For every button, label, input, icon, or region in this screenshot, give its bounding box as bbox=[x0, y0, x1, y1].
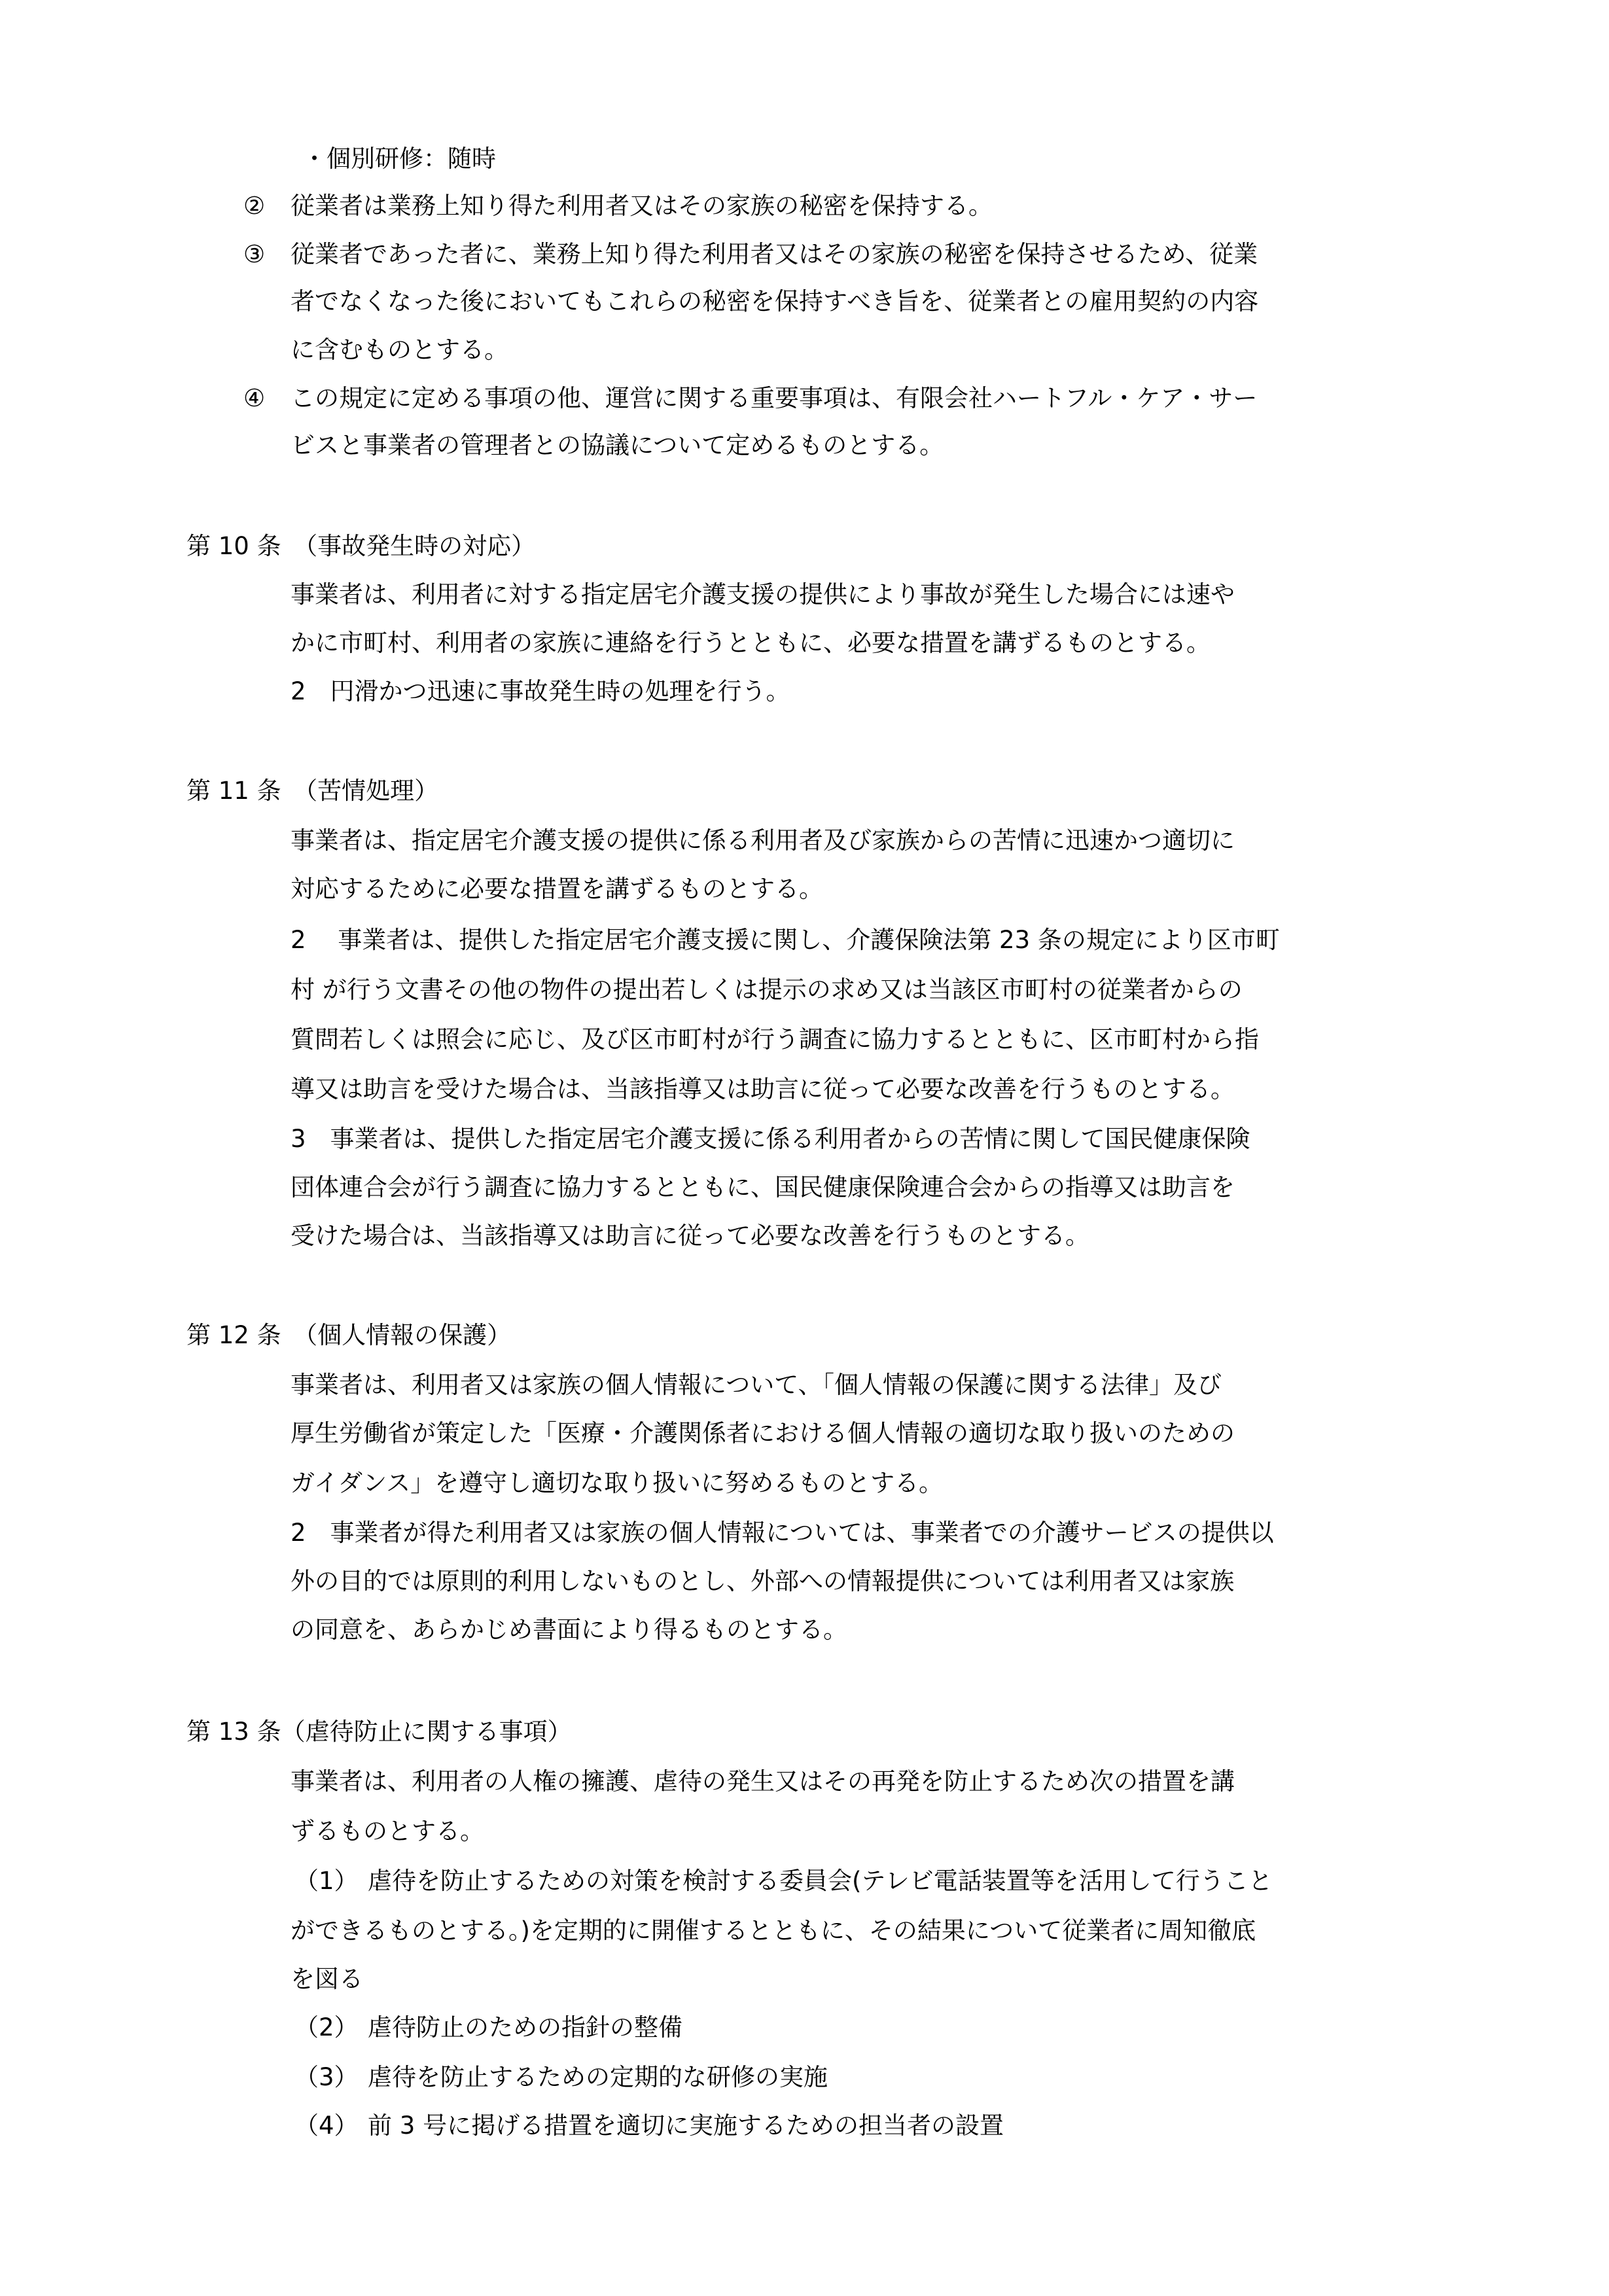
article-12-line-5: 外の目的では原則的利用しないものとし、外部への情報提供については利用者又は家族 bbox=[291, 1566, 1234, 1597]
item-4: ④この規定に定める事項の他、運営に関する重要事項は、有限会社ハートフル・ケア・サ… bbox=[243, 383, 1257, 414]
article-10-line-1: 事業者は、利用者に対する指定居宅介護支援の提供により事故が発生した場合には速や bbox=[291, 580, 1235, 610]
article-11-line-1: 事業者は、指定居宅介護支援の提供に係る利用者及び家族からの苦情に迅速かつ適切に bbox=[291, 826, 1235, 856]
article-12-heading: 第 12 条 （個人情報の保護） bbox=[186, 1320, 511, 1351]
article-11-line-6: 導又は助言を受けた場合は、当該指導又は助言に従って必要な改善を行うものとする。 bbox=[291, 1074, 1235, 1104]
article-11-line-2: 対応するために必要な措置を講ずるものとする。 bbox=[291, 874, 823, 904]
article-12-line-4: 2 事業者が得た利用者又は家族の個人情報については、事業者での介護サービスの提供… bbox=[291, 1518, 1274, 1548]
measure-1-line-2: ができるものとする。)を定期的に開催するとともに、その結果について従業者に周知徹… bbox=[291, 1916, 1256, 1946]
item-text: この規定に定める事項の他、運営に関する重要事項は、有限会社ハートフル・ケア・サー bbox=[291, 384, 1257, 412]
measure-text: 虐待を防止するための対策を検討する委員会(テレビ電話装置等を活用して行うこと bbox=[368, 1867, 1273, 1895]
article-13-heading: 第 13 条（虐待防止に関する事項） bbox=[186, 1717, 572, 1747]
article-12-line-2: 厚生労働省が策定した「医療・介護関係者における個人情報の適切な取り扱いのための bbox=[291, 1419, 1235, 1449]
article-10-line-3: 2 円滑かつ迅速に事故発生時の処理を行う。 bbox=[291, 677, 790, 707]
measure-marker: （1） bbox=[294, 1866, 368, 1896]
item-text: 従業者は業務上知り得た利用者又はその家族の秘密を保持する。 bbox=[291, 192, 993, 220]
measure-marker: （3） bbox=[294, 2062, 368, 2093]
document-page: ・個別研修：随時 ②従業者は業務上知り得た利用者又はその家族の秘密を保持する。 … bbox=[0, 0, 1609, 2296]
article-11-line-9: 受けた場合は、当該指導又は助言に従って必要な改善を行うものとする。 bbox=[291, 1221, 1089, 1251]
measure-text: 前 3 号に掲げる措置を適切に実施するための担当者の設置 bbox=[368, 2111, 1004, 2140]
measure-3: （3）虐待を防止するための定期的な研修の実施 bbox=[294, 2062, 828, 2093]
item-3: ③従業者であった者に、業務上知り得た利用者又はその家族の秘密を保持させるため、従… bbox=[243, 239, 1258, 270]
item-2: ②従業者は業務上知り得た利用者又はその家族の秘密を保持する。 bbox=[243, 191, 993, 221]
item-marker: ④ bbox=[243, 383, 291, 414]
item-4-line-2: ビスと事業者の管理者との協議について定めるものとする。 bbox=[291, 431, 944, 461]
item-marker: ③ bbox=[243, 239, 291, 270]
item-3-line-3: に含むものとする。 bbox=[291, 335, 508, 365]
measure-4: （4）前 3 号に掲げる措置を適切に実施するための担当者の設置 bbox=[294, 2111, 1004, 2141]
article-12-line-6: の同意を、あらかじめ書面により得るものとする。 bbox=[291, 1615, 847, 1645]
article-11-line-4: 村 が行う文書その他の物件の提出若しくは提示の求め又は当該区市町村の従業者からの bbox=[291, 975, 1243, 1005]
article-11-line-7: 3 事業者は、提供した指定居宅介護支援に係る利用者からの苦情に関して国民健康保険 bbox=[291, 1124, 1250, 1154]
measure-1: （1）虐待を防止するための対策を検討する委員会(テレビ電話装置等を活用して行うこ… bbox=[294, 1866, 1273, 1896]
measure-marker: （4） bbox=[294, 2111, 368, 2141]
article-10-line-2: かに市町村、利用者の家族に連絡を行うとともに、必要な措置を講ずるものとする。 bbox=[291, 628, 1211, 658]
article-11-line-5: 質問若しくは照会に応じ、及び区市町村が行う調査に協力するとともに、区市町村から指 bbox=[291, 1025, 1259, 1055]
measure-marker: （2） bbox=[294, 2013, 368, 2043]
article-11-heading: 第 11 条 （苦情処理） bbox=[186, 776, 438, 806]
article-11-line-3: 2 事業者は、提供した指定居宅介護支援に関し、介護保険法第 23 条の規定により… bbox=[291, 925, 1280, 955]
article-11-line-8: 団体連合会が行う調査に協力するとともに、国民健康保険連合会からの指導又は助言を bbox=[291, 1173, 1235, 1203]
measure-text: 虐待防止のための指針の整備 bbox=[368, 2013, 682, 2041]
item-text: 従業者であった者に、業務上知り得た利用者又はその家族の秘密を保持させるため、従業 bbox=[291, 240, 1258, 268]
item-3-line-2: 者でなくなった後においてもこれらの秘密を保持すべき旨を、従業者との雇用契約の内容 bbox=[291, 287, 1258, 317]
item-marker: ② bbox=[243, 191, 291, 221]
measure-1-line-3: を図る bbox=[291, 1964, 363, 1994]
article-13-line-2: ずるものとする。 bbox=[291, 1816, 484, 1846]
bullet-individual-training: ・個別研修：随時 bbox=[302, 144, 496, 174]
article-10-heading: 第 10 条 （事故発生時の対応） bbox=[186, 531, 535, 561]
measure-text: 虐待を防止するための定期的な研修の実施 bbox=[368, 2063, 828, 2091]
measure-2: （2）虐待防止のための指針の整備 bbox=[294, 2013, 682, 2043]
article-12-line-3: ガイダンス」を遵守し適切な取り扱いに努めるものとする。 bbox=[291, 1468, 943, 1498]
article-13-line-1: 事業者は、利用者の人権の擁護、虐待の発生又はその再発を防止するため次の措置を講 bbox=[291, 1767, 1235, 1797]
article-12-line-1: 事業者は、利用者又は家族の個人情報について、「個人情報の保護に関する法律」及び bbox=[291, 1370, 1222, 1400]
